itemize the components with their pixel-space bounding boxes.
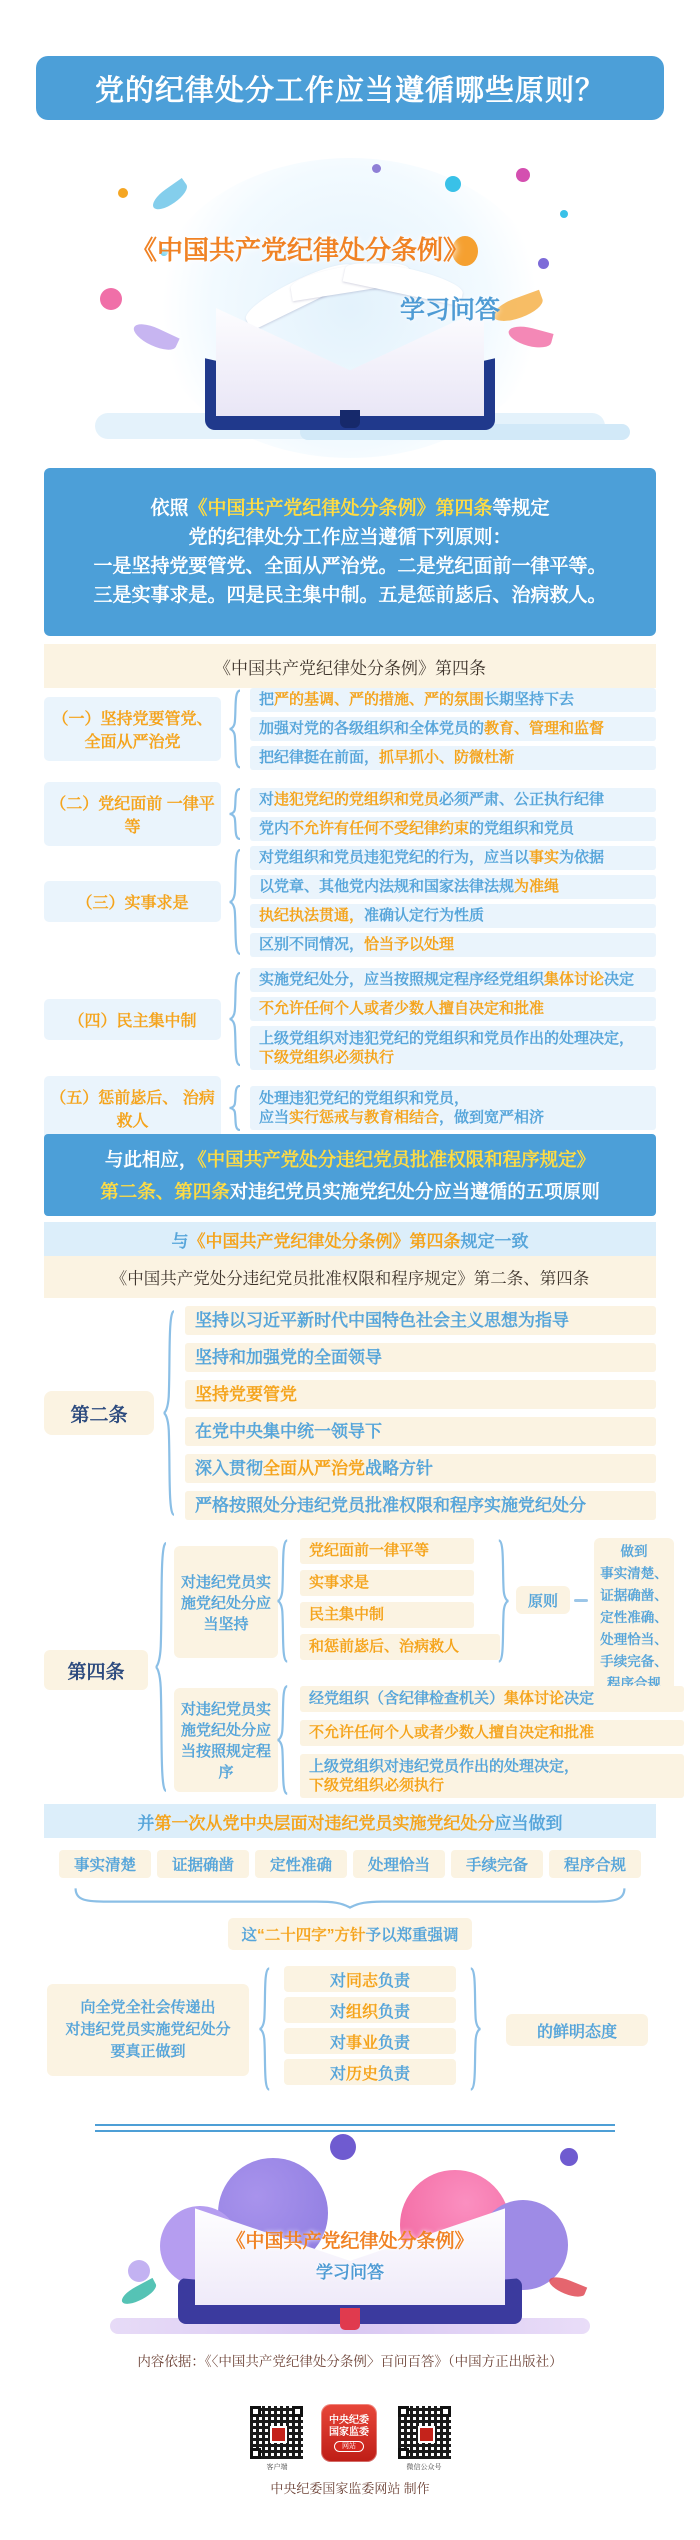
principle-group-2-rows: 对违犯党纪的党组织和党员必须严肃、公正执行纪律 党内不允许有任何不受纪律约束的党… <box>250 788 656 841</box>
principle-item: 处理违犯党纪的党组织和党员， 应当实行惩戒与教育相结合，做到宽严相济 <box>250 1086 656 1130</box>
underbrace-icon <box>70 1886 630 1910</box>
cloud-decor <box>560 2148 578 2166</box>
brace-left-icon <box>228 788 243 840</box>
duty-list: 对同志负责 对组织负责 对事业负责 对历史负责 <box>284 1966 456 2085</box>
intro-line-1: 依照《中国共产党纪律处分条例》第四条等规定 <box>150 499 549 519</box>
hold-item: 和惩前毖后、治病救人 <box>300 1634 500 1660</box>
brace-right-icon <box>496 1538 510 1664</box>
brace-left-icon <box>162 1307 177 1519</box>
principle-item: 把纪律挺在前面，抓早抓小、防微杜渐 <box>250 746 656 770</box>
brace-left-icon <box>228 1085 243 1131</box>
hold-item: 党纪面前一律平等 <box>300 1538 474 1564</box>
article-2-item: 严格按照处分违纪党员批准权限和程序实施党纪处分 <box>185 1491 656 1520</box>
grass-decor <box>119 2278 159 2308</box>
qr-finder-icon <box>292 2406 303 2417</box>
page-title-bar: 党的纪律处分工作应当遵循哪些原则？ <box>36 56 664 120</box>
qr-finder-icon <box>398 2448 409 2459</box>
brace-left-icon <box>276 1538 290 1664</box>
principle-item: 不允许任何个人或者少数人擅自决定和批准 <box>250 997 656 1021</box>
brace-left-icon <box>228 848 243 956</box>
stress-box: 这“二十四字”方针予以郑重强调 <box>228 1918 472 1950</box>
hold-item: 民主集中制 <box>300 1602 474 1628</box>
outcome-box: 做到 事实清楚、 证据确凿、 定性准确、 处理恰当、 手续完备、 程序合规 <box>594 1538 674 1698</box>
tail-book-title: 《中国共产党纪律处分条例》 <box>180 2226 520 2253</box>
six-point: 事实清楚 <box>59 1850 151 1878</box>
decor-dot <box>560 210 568 218</box>
principle-group-5: （五）惩前毖后、 治病救人 处理违犯党纪的党组织和党员， 应当实行惩戒与教育相结… <box>44 1076 656 1140</box>
article-2-section: 第二条 坚持以习近平新时代中国特色社会主义思想为指导 坚持和加强党的全面领导 坚… <box>44 1306 656 1520</box>
duty-item: 对历史负责 <box>284 2059 456 2085</box>
article-4-label: 第四条 <box>44 1650 148 1690</box>
intro-line-4: 三是实事求是。四是民主集中制。五是惩前毖后、治病救人。 <box>93 586 606 606</box>
convey-right-box: 的鲜明态度 <box>506 2014 648 2046</box>
principle-group-5-label: （五）惩前毖后、 治病救人 <box>44 1076 221 1140</box>
page-title: 党的纪律处分工作应当遵循哪些原则？ <box>95 68 605 109</box>
hero-book-subtitle: 学习问答 <box>400 290 500 326</box>
decor-dot <box>118 188 128 198</box>
principle-item: 实施党纪处分，应当按照规定程序经党组织集体讨论决定 <box>250 968 656 992</box>
divider-line <box>95 2130 615 2132</box>
infographic-canvas: 党的纪律处分工作应当遵循哪些原则？ 《中国共产党纪律处分条例》 学习问答 依照《… <box>0 0 700 2540</box>
source-bar-regulation-art4: 《中国共产党纪律处分条例》第四条 <box>44 644 656 688</box>
decor-dot <box>372 164 381 173</box>
duty-item: 对同志负责 <box>284 1966 456 1992</box>
article-2-item: 在党中央集中统一领导下 <box>185 1417 656 1446</box>
principle-item: 上级党组织对违犯党纪的党组织和党员作出的处理决定， 下级党组织必须执行 <box>250 1026 656 1070</box>
tail-book-subtitle: 学习问答 <box>280 2258 420 2283</box>
article-2-item: 深入贯彻全面从严治党战略方针 <box>185 1454 656 1483</box>
article-4-hold-label: 对违纪党员实施党纪处分应当坚持 <box>174 1546 278 1658</box>
intro-line-2: 党的纪律处分工作应当遵循下列原则： <box>188 528 511 548</box>
qr-code-wechat <box>398 2406 451 2459</box>
article-2-rows: 坚持以习近平新时代中国特色社会主义思想为指导 坚持和加强党的全面领导 坚持党要管… <box>185 1306 656 1520</box>
qr-right-label: 微信公众号 <box>394 2462 454 2472</box>
procedure-item: 不允许任何个人或者少数人擅自决定和批准 <box>300 1720 684 1746</box>
decor-dot <box>516 168 530 182</box>
connector-dash <box>574 1599 588 1602</box>
six-point: 证据确凿 <box>157 1850 249 1878</box>
emphasis-bar: 并第一次从党中央层面对违纪党员实施党纪处分应当做到 <box>44 1804 656 1838</box>
banner-line-2: 第二条、第四条对违纪党员实施党纪处分应当遵循的五项原则 <box>100 1178 600 1204</box>
article-2-label: 第二条 <box>44 1391 154 1435</box>
app-icon: 中央纪委 国家监委 网站 <box>321 2404 377 2462</box>
procedure-item: 经党组织（含纪律检查机关）集体讨论决定 <box>300 1686 684 1712</box>
article-2-item: 坚持以习近平新时代中国特色社会主义思想为指导 <box>185 1306 656 1335</box>
brace-left-icon <box>228 971 243 1067</box>
principle-group-1-label: （一）坚持党要管党、全面从严治党 <box>44 697 221 761</box>
convey-diagram: 向全党全社会传递出 对违纪党员实施党纪处分 要真正做到 对同志负责 对组织负责 … <box>44 1964 656 2096</box>
six-point: 程序合规 <box>549 1850 641 1878</box>
principle-item: 加强对党的各级组织和全体党员的教育、管理和监督 <box>250 717 656 741</box>
six-points-row: 事实清楚 证据确凿 定性准确 处理恰当 手续完备 程序合规 <box>44 1850 656 1878</box>
bookmark-decor <box>340 2308 360 2330</box>
principle-group-3-rows: 对党组织和党员违犯党纪的行为，应当以事实为依据 以党章、其他党内法规和国家法律法… <box>250 846 656 957</box>
principle-group-3: （三）实事求是 对党组织和党员违犯党纪的行为，应当以事实为依据 以党章、其他党内… <box>44 846 656 957</box>
six-point: 定性准确 <box>255 1850 347 1878</box>
qr-finder-icon <box>250 2406 261 2417</box>
intro-box: 依照《中国共产党纪律处分条例》第四条等规定 党的纪律处分工作应当遵循下列原则： … <box>44 468 656 636</box>
intro-line-3: 一是坚持党要管党、全面从严治党。二是党纪面前一律平等。 <box>93 557 606 577</box>
source-bar-procedure-regulation: 《中国共产党处分违纪党员批准权限和程序规定》第二条、第四条 <box>44 1256 656 1298</box>
decor-leaf <box>149 178 191 214</box>
qr-left-label: 客户端 <box>247 2462 307 2472</box>
brace-right-icon <box>468 1966 482 2092</box>
article-4-procedure-label: 对违纪党员实施党纪处分应当按照规定程序 <box>174 1688 278 1792</box>
banner-line-1: 与此相应，《中国共产党处分违纪党员批准权限和程序规定》 <box>105 1146 595 1172</box>
hero-book-title: 《中国共产党纪律处分条例》 <box>60 230 540 267</box>
principle-item: 党内不允许有任何不受纪律约束的党组织和党员 <box>250 817 656 841</box>
principle-group-5-rows: 处理违犯党纪的党组织和党员， 应当实行惩戒与教育相结合，做到宽严相济 <box>250 1086 656 1130</box>
brace-left-icon <box>154 1538 169 1796</box>
six-point: 手续完备 <box>451 1850 543 1878</box>
procedure-item: 上级党组织对违纪党员作出的处理决定， 下级党组织必须执行 <box>300 1754 684 1798</box>
principle-group-2-label: （二）党纪面前 一律平等 <box>44 782 221 846</box>
match-bar: 与《中国共产党纪律处分条例》第四条规定一致 <box>44 1222 656 1256</box>
convey-left-box: 向全党全社会传递出 对违纪党员实施党纪处分 要真正做到 <box>47 1984 249 2076</box>
transition-banner: 与此相应，《中国共产党处分违纪党员批准权限和程序规定》 第二条、第四条对违纪党员… <box>44 1134 656 1216</box>
cloud-decor <box>128 2260 150 2282</box>
qr-finder-icon <box>440 2406 451 2417</box>
decor-dot <box>445 176 461 192</box>
article-2-item: 坚持和加强党的全面领导 <box>185 1343 656 1372</box>
hero-illustration: 《中国共产党纪律处分条例》 学习问答 <box>0 128 700 464</box>
duty-item: 对组织负责 <box>284 1997 456 2023</box>
principle-group-2: （二）党纪面前 一律平等 对违犯党纪的党组织和党员必须严肃、公正执行纪律 党内不… <box>44 782 656 846</box>
principle-item: 对违犯党纪的党组织和党员必须严肃、公正执行纪律 <box>250 788 656 812</box>
divider-line <box>95 2124 615 2126</box>
principle-group-1-rows: 把严的基调、严的措施、严的氛围长期坚持下去 加强对党的各级组织和全体党员的教育、… <box>250 688 656 770</box>
qr-finder-icon <box>398 2406 409 2417</box>
brace-left-icon <box>276 1684 290 1796</box>
principle-group-4-label: （四）民主集中制 <box>44 999 221 1040</box>
principle-item: 执纪执法贯通，准确认定行为性质 <box>250 904 656 928</box>
credit-line: 中央纪委国家监委网站 制作 <box>0 2478 700 2497</box>
tail-illustration: 《中国共产党纪律处分条例》 学习问答 <box>0 2140 700 2340</box>
brace-left-icon <box>228 689 243 769</box>
six-point: 处理恰当 <box>353 1850 445 1878</box>
duty-item: 对事业负责 <box>284 2028 456 2054</box>
article-4-section: 第四条 对违纪党员实施党纪处分应当坚持 党纪面前一律平等 实事求是 民主集中制 … <box>44 1538 700 1800</box>
qr-code-client <box>250 2406 303 2459</box>
principle-group-3-label: （三）实事求是 <box>44 881 221 922</box>
qr-logo-icon <box>270 2426 287 2443</box>
brace-left-icon <box>258 1966 272 2092</box>
book-spine <box>340 410 360 428</box>
principle-item: 把严的基调、严的措施、严的氛围长期坚持下去 <box>250 688 656 712</box>
principle-group-4: （四）民主集中制 实施党纪处分，应当按照规定程序经党组织集体讨论决定 不允许任何… <box>44 968 656 1070</box>
hold-item: 实事求是 <box>300 1570 474 1596</box>
qr-logo-icon <box>418 2426 435 2443</box>
principle-item: 区别不同情况，恰当予以处理 <box>250 933 656 957</box>
grass-decor <box>547 2273 587 2300</box>
principle-item: 以党章、其他党内法规和国家法律法规为准绳 <box>250 875 656 899</box>
article-2-item: 坚持党要管党 <box>185 1380 656 1409</box>
principle-group-1: （一）坚持党要管党、全面从严治党 把严的基调、严的措施、严的氛围长期坚持下去 加… <box>44 688 656 770</box>
decor-dot <box>100 288 122 310</box>
app-badge: 网站 <box>334 2441 364 2452</box>
principle-item: 对党组织和党员违犯党纪的行为，应当以事实为依据 <box>250 846 656 870</box>
principle-group-4-rows: 实施党纪处分，应当按照规定程序经党组织集体讨论决定 不允许任何个人或者少数人擅自… <box>250 968 656 1070</box>
principle-node: 原则 <box>516 1586 570 1614</box>
qr-finder-icon <box>250 2448 261 2459</box>
source-note: 内容依据：《〈中国共产党纪律处分条例〉百问百答》（中国方正出版社） <box>0 2350 700 2370</box>
cloud-decor <box>330 2134 356 2160</box>
